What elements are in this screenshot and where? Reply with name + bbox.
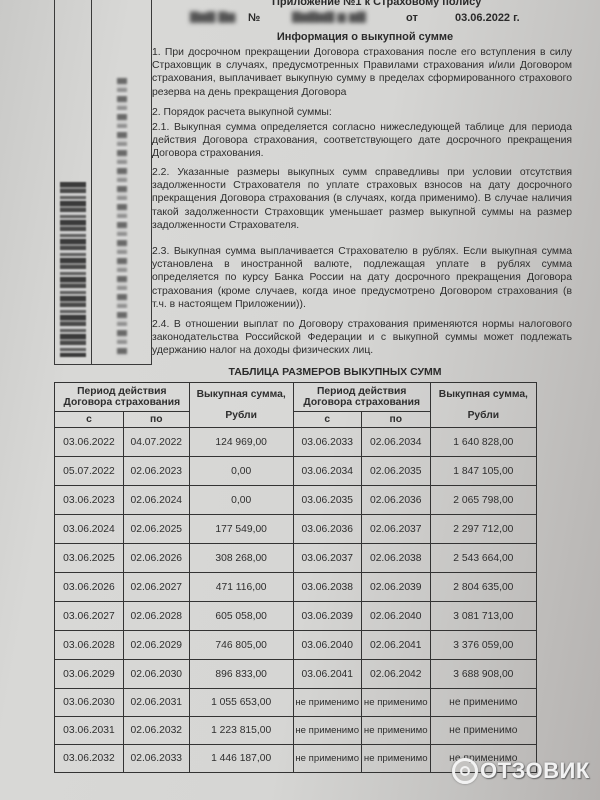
period-to-cell: 02.06.2024 [123, 486, 189, 515]
policy-date: 03.06.2022 г. [455, 12, 520, 24]
period-from-cell: 03.06.2034 [293, 457, 361, 486]
surrender-sum-cell: 1 640 828,00 [430, 428, 536, 457]
surrender-sum-cell: не применимо [430, 717, 536, 745]
period-to-cell: 02.06.2032 [123, 717, 189, 745]
paragraph-2-2: 2.2. Указанные размеры выкупных сумм спр… [152, 166, 572, 232]
paragraph-2-4: 2.4. В отношении выплат по Договору стра… [152, 318, 572, 358]
period-to-cell: 02.06.2037 [361, 515, 430, 544]
surrender-sum-cell: 2 065 798,00 [430, 486, 536, 515]
period-from-cell: 03.06.2031 [55, 717, 124, 745]
surrender-sum-cell: 1 446 187,00 [189, 745, 293, 773]
period-to-cell: 02.06.2038 [361, 544, 430, 573]
period-to-cell: 04.07.2022 [123, 428, 189, 457]
period-to-cell: 02.06.2033 [123, 745, 189, 773]
table-row: 03.06.202702.06.2028605 058,0003.06.2039… [55, 602, 537, 631]
period-from-cell: 03.06.2037 [293, 544, 361, 573]
surrender-sum-cell: 3 688 908,00 [430, 660, 536, 689]
paragraph-2-1: 2.1. Выкупная сумма определяется согласн… [152, 121, 572, 161]
paragraph-1: 1. При досрочном прекращении Договора ст… [152, 46, 572, 99]
amount-header-line2: Рубли [190, 410, 293, 421]
barcode-icon [60, 182, 86, 357]
paragraph-2-3: 2.3. Выкупная сумма выплачивается Страхо… [152, 245, 572, 311]
period-from-cell: 05.07.2022 [55, 457, 124, 486]
period-from-cell: не применимо [293, 689, 361, 717]
table-row: 03.06.202802.06.2029746 805,0003.06.2040… [55, 631, 537, 660]
table-row: 03.06.202502.06.2026308 268,0003.06.2037… [55, 544, 537, 573]
period-from-cell: 03.06.2041 [293, 660, 361, 689]
surrender-sum-cell: 605 058,00 [189, 602, 293, 631]
amount-header-line1: Выкупная сумма, [431, 389, 536, 400]
surrender-sum-cell: 2 543 664,00 [430, 544, 536, 573]
period-from-cell: 03.06.2033 [293, 428, 361, 457]
amount-header-line1: Выкупная сумма, [190, 389, 293, 400]
surrender-sum-cell: 124 969,00 [189, 428, 293, 457]
watermark-text: ОТЗОВИК [480, 758, 590, 784]
period-from-cell: 03.06.2038 [293, 573, 361, 602]
period-to-cell: не применимо [361, 717, 430, 745]
from-header: с [293, 412, 361, 428]
period-from-cell: 03.06.2032 [55, 745, 124, 773]
period-to-cell: 02.06.2028 [123, 602, 189, 631]
from-header: с [55, 412, 124, 428]
appendix-title: Приложение №1 к Страховому полису [272, 0, 481, 8]
period-from-cell: не применимо [293, 745, 361, 773]
table-row: 03.06.202204.07.2022124 969,0003.06.2033… [55, 428, 537, 457]
surrender-sum-cell: 471 116,00 [189, 573, 293, 602]
policy-series-redacted: ▇▆▇ ▇▆ [190, 10, 235, 23]
table-row: 03.06.202302.06.20240,0003.06.203502.06.… [55, 486, 537, 515]
period-to-cell: 02.06.2025 [123, 515, 189, 544]
period-from-cell: 03.06.2025 [55, 544, 124, 573]
period-to-cell: 02.06.2036 [361, 486, 430, 515]
table-row: 03.06.203102.06.20321 223 815,00не приме… [55, 717, 537, 745]
amount-header-right: Выкупная сумма, Рубли [430, 383, 536, 428]
period-from-cell: 03.06.2022 [55, 428, 124, 457]
period-from-cell: 03.06.2023 [55, 486, 124, 515]
period-from-cell: 03.06.2040 [293, 631, 361, 660]
period-header-right: Период действия Договора страхования [293, 383, 430, 412]
paragraph-2: 2. Порядок расчета выкупной суммы: [152, 106, 572, 119]
surrender-sum-cell: 177 549,00 [189, 515, 293, 544]
margin-divider [91, 0, 92, 364]
period-to-cell: 02.06.2039 [361, 573, 430, 602]
period-from-cell: 03.06.2029 [55, 660, 124, 689]
period-from-cell: 03.06.2039 [293, 602, 361, 631]
table-row: 03.06.202902.06.2030896 833,0003.06.2041… [55, 660, 537, 689]
period-to-cell: 02.06.2034 [361, 428, 430, 457]
surrender-sum-cell: 1 055 653,00 [189, 689, 293, 717]
policy-number-redacted: ▇▆▇▆▇ ▆ ▆▇ [292, 10, 366, 23]
period-to-cell: 02.06.2041 [361, 631, 430, 660]
surrender-sum-cell: 746 805,00 [189, 631, 293, 660]
period-from-cell: 03.06.2028 [55, 631, 124, 660]
surrender-sum-cell: 308 268,00 [189, 544, 293, 573]
period-to-cell: 02.06.2030 [123, 660, 189, 689]
period-to-cell: 02.06.2031 [123, 689, 189, 717]
period-to-cell: 02.06.2040 [361, 602, 430, 631]
surrender-sum-cell: 3 376 059,00 [430, 631, 536, 660]
table-row: 03.06.202602.06.2027471 116,0003.06.2038… [55, 573, 537, 602]
otzovik-logo-icon [452, 758, 478, 784]
redacted-code-icon [117, 78, 127, 356]
surrender-sum-cell: 1 847 105,00 [430, 457, 536, 486]
table-row: 03.06.202402.06.2025177 549,0003.06.2036… [55, 515, 537, 544]
period-to-cell: 02.06.2029 [123, 631, 189, 660]
surrender-sum-cell: 1 223 815,00 [189, 717, 293, 745]
margin-stamp-box [54, 0, 152, 365]
period-to-cell: 02.06.2026 [123, 544, 189, 573]
document-photo: Приложение №1 к Страховому полису ▇▆▇ ▇▆… [0, 0, 600, 800]
table-row: 05.07.202202.06.20230,0003.06.203402.06.… [55, 457, 537, 486]
number-label: № [248, 12, 260, 24]
surrender-value-table: Период действия Договора страхования Вык… [54, 382, 537, 773]
period-to-cell: не применимо [361, 745, 430, 773]
table-row: 03.06.203002.06.20311 055 653,00не приме… [55, 689, 537, 717]
surrender-sum-cell: не применимо [430, 689, 536, 717]
period-to-cell: 02.06.2027 [123, 573, 189, 602]
amount-header-left: Выкупная сумма, Рубли [189, 383, 293, 428]
period-from-cell: 03.06.2036 [293, 515, 361, 544]
period-to-cell: не применимо [361, 689, 430, 717]
date-prefix: от [406, 12, 418, 24]
period-from-cell: не применимо [293, 717, 361, 745]
period-to-cell: 02.06.2042 [361, 660, 430, 689]
table-title: ТАБЛИЦА РАЗМЕРОВ ВЫКУПНЫХ СУММ [40, 366, 600, 378]
period-to-cell: 02.06.2035 [361, 457, 430, 486]
period-header-left: Период действия Договора страхования [55, 383, 190, 412]
period-from-cell: 03.06.2030 [55, 689, 124, 717]
surrender-sum-cell: 896 833,00 [189, 660, 293, 689]
surrender-sum-cell: 2 804 635,00 [430, 573, 536, 602]
period-from-cell: 03.06.2024 [55, 515, 124, 544]
to-header: по [361, 412, 430, 428]
surrender-sum-cell: 0,00 [189, 486, 293, 515]
period-from-cell: 03.06.2035 [293, 486, 361, 515]
watermark: ОТЗОВИК [452, 758, 590, 784]
info-title: Информация о выкупной сумме [0, 31, 600, 43]
period-to-cell: 02.06.2023 [123, 457, 189, 486]
surrender-sum-cell: 3 081 713,00 [430, 602, 536, 631]
period-from-cell: 03.06.2027 [55, 602, 124, 631]
amount-header-line2: Рубли [431, 410, 536, 421]
surrender-sum-cell: 0,00 [189, 457, 293, 486]
period-from-cell: 03.06.2026 [55, 573, 124, 602]
to-header: по [123, 412, 189, 428]
surrender-sum-cell: 2 297 712,00 [430, 515, 536, 544]
